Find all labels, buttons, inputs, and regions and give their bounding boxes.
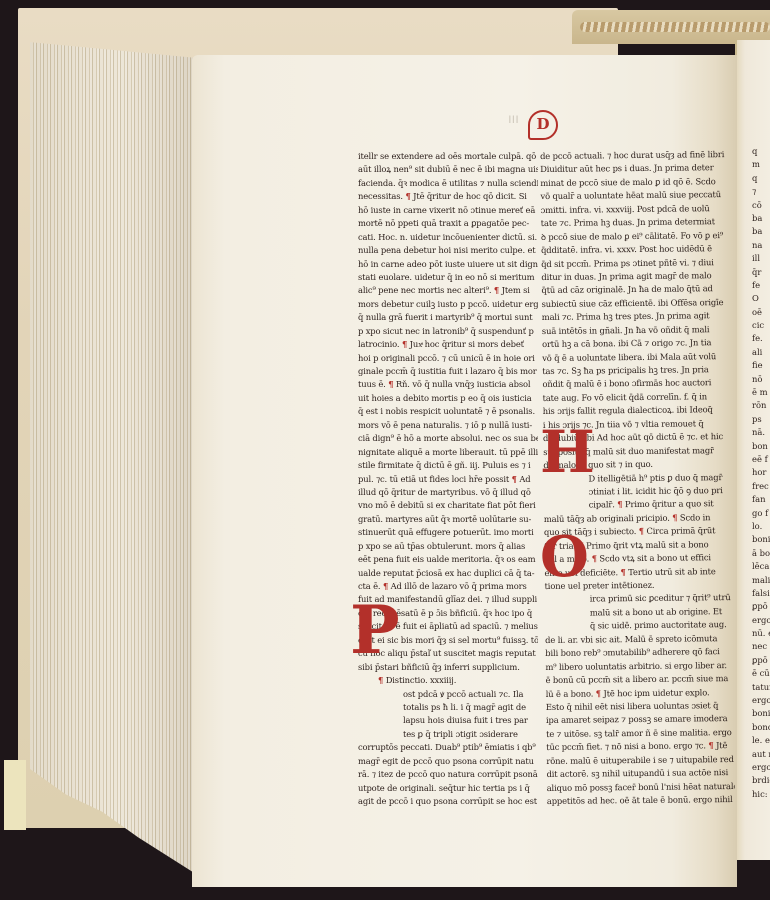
text-line: stati euolare. uidetur q̄ in eo nō si me… bbox=[358, 271, 538, 284]
paragraph-mark: ¶ bbox=[378, 675, 383, 685]
text-line: rā. ⁊ itez de pccō quo natura corrūpit p… bbox=[358, 768, 538, 781]
text-line: stinuerūt quā effugere potuerūt. imo mor… bbox=[358, 526, 538, 539]
text-line: ualde reputat p̄ciosā ex hac duplici cā … bbox=[358, 567, 538, 580]
text-line: tuus ē. ¶ Rň. vō q̄ nulla vnq̄ȝ iusticia… bbox=[358, 378, 538, 391]
facing-text-fragment: ba bbox=[752, 212, 770, 225]
facing-text-fragment: le. erg bbox=[752, 734, 770, 747]
text-line: mortē nō ppeti quā traxit a ꝑpagatōe pec… bbox=[358, 217, 538, 230]
text-line: lapsu hois diuisa fuit i tres par bbox=[358, 714, 538, 727]
facing-text-fragment: lēca bbox=[752, 560, 770, 573]
text-line: nulla pena debetur hoi nisi merito culpe… bbox=[358, 244, 538, 257]
facing-text-fragment: ill bbox=[752, 252, 770, 265]
text-line: p xpo se aū tp̄as obtulerunt. mors q̄ al… bbox=[358, 540, 538, 553]
paragraph-mark: ¶ bbox=[708, 740, 713, 750]
facing-text-fragment: nō bbox=[752, 373, 770, 386]
paragraph-mark: ¶ bbox=[512, 474, 517, 484]
text-line: eēt pena fuit eis ualde meritoria. q̄ꝛ o… bbox=[358, 553, 538, 566]
facing-text-fragment: brdie bbox=[752, 774, 770, 787]
paragraph-mark: ¶ bbox=[405, 191, 410, 201]
facing-text-fragment: boni bbox=[752, 533, 770, 546]
facing-text-fragment: ergo i bbox=[752, 761, 770, 774]
paragraph-mark: ¶ bbox=[596, 688, 601, 698]
facing-text-fragment: hic: fꝫ p bbox=[752, 788, 770, 801]
facing-text-fragment: ē cū c bbox=[752, 667, 770, 680]
text-line: q̄ nulla grā fuerit i martyrib⁹ q̄ mortu… bbox=[358, 311, 538, 324]
text-line: appetitōs ad hec. oē āt tale ē bonū. erg… bbox=[547, 793, 735, 808]
facing-text-fragment: m bbox=[752, 158, 770, 171]
facing-text-fragment: fe bbox=[752, 279, 770, 292]
text-line: ginale pccm̄ q̄ iustitia fuit i lazaro q… bbox=[358, 365, 538, 378]
facing-text-fragment: rōn bbox=[752, 399, 770, 412]
text-line: totalis ps ħ li. i q̄ magr̄ agit de bbox=[358, 701, 538, 714]
facing-text-fragment: aut nō bbox=[752, 748, 770, 761]
facing-text-fragment: q̄r bbox=[752, 266, 770, 279]
text-line: stile firmitate q̄ dictū ē gñ. iij. Pulu… bbox=[358, 459, 538, 472]
facing-text-fragment: bon bbox=[752, 440, 770, 453]
facing-page-text-fragments: qmq⁊cōbabanaillq̄rfeOoēcicfe.alifienōē m… bbox=[752, 145, 770, 801]
paragraph-mark: ¶ bbox=[402, 339, 407, 349]
text-line: itellr se extendere ad oēs mortale culpā… bbox=[358, 150, 538, 163]
text-line: dit actorē. sꝫ nihil uitupandū i sua act… bbox=[546, 766, 734, 781]
initial-letter-h: H bbox=[540, 425, 595, 479]
facing-text-fragment: falsi bbox=[752, 587, 770, 600]
text-line: ciā dign⁹ ē hō a morte absolui. nec os s… bbox=[358, 432, 538, 445]
text-line: pul. ⁊c. tū etiā ut fides loci hr̄e poss… bbox=[358, 473, 538, 486]
text-line: necessitas. ¶ Jtē q̄ritur de hoc qō dici… bbox=[358, 190, 538, 203]
paragraph-mark: ¶ bbox=[388, 379, 393, 389]
facing-text-fragment: fe. bbox=[752, 332, 770, 345]
facing-text-fragment: cic bbox=[752, 319, 770, 332]
folio-letter: D bbox=[528, 110, 558, 140]
facing-text-fragment: ali bbox=[752, 346, 770, 359]
facing-text-fragment: nā. bbox=[752, 426, 770, 439]
page-edges-shade bbox=[30, 25, 210, 880]
text-line: ¶ Distinctio. xxxiiij. bbox=[358, 674, 538, 687]
facing-text-fragment: ergo f bbox=[752, 694, 770, 707]
facing-text-fragment: ps bbox=[752, 413, 770, 426]
facing-text-fragment: fan bbox=[752, 493, 770, 506]
text-line: vno mō ē debitū si ex charitate fiat pōt… bbox=[358, 499, 538, 512]
facing-text-fragment: lo. bbox=[752, 520, 770, 533]
text-line: q̄dditatē. infra. vi. xxxv. Post hoc uid… bbox=[541, 242, 729, 257]
facing-text-fragment: ergo bbox=[752, 614, 770, 627]
text-line: mors vō ē pena naturalis. ⁊ iō p nullā i… bbox=[358, 419, 538, 432]
text-line: cati. Hoc. n. uidetur incōuenienter dict… bbox=[358, 231, 538, 244]
facing-text-fragment: tatur bbox=[752, 681, 770, 694]
paragraph-mark: ¶ bbox=[672, 512, 677, 522]
text-line: nignitate aliquē a morte liberauit. tū p… bbox=[358, 446, 538, 459]
facing-text-fragment: q bbox=[752, 172, 770, 185]
text-line: tes ꝑ q̄ tripli ɔtigit ɔsiderare bbox=[358, 728, 538, 741]
facing-text-fragment: frec bbox=[752, 480, 770, 493]
paragraph-mark: ¶ bbox=[592, 554, 597, 564]
text-line: uit hoies a debito mortis p eo q̄ ois iu… bbox=[358, 392, 538, 405]
text-line: ē bonū cū pccm̄ sit a libero ar. pccm̄ s… bbox=[545, 672, 733, 687]
text-line: magr̄ egit de pccō quo psona corrūpit na… bbox=[358, 755, 538, 768]
paragraph-mark: ¶ bbox=[494, 285, 499, 295]
text-line: alic⁹ pene nec mortis nec alteri⁹. ¶ Jte… bbox=[358, 284, 538, 297]
facing-text-fragment: ꝑpō bbox=[752, 654, 770, 667]
text-line: corruptōs peccati. Duab⁹ ptib⁹ ēmiatis i… bbox=[358, 741, 538, 754]
facing-text-fragment: boni bbox=[752, 707, 770, 720]
paragraph-mark: ¶ bbox=[383, 581, 388, 591]
text-line: hoi p originali pccō. ⁊ cū unicū ē in ho… bbox=[358, 352, 538, 365]
text-line: hō iuste in carne vixerit nō ɔtinue mere… bbox=[358, 204, 538, 217]
text-line: facienda. q̄ꝛ modica ē utilitas ⁊ nulla … bbox=[358, 177, 538, 190]
text-line: utpote de originali. seq̄tur hic tertia … bbox=[358, 782, 538, 795]
facing-text-fragment: oē bbox=[752, 306, 770, 319]
paragraph-mark: ¶ bbox=[639, 526, 644, 536]
facing-text-fragment: cō bbox=[752, 199, 770, 212]
text-line: p xpo sicut nec in latronib⁹ q̄ suspendu… bbox=[358, 325, 538, 338]
facing-text-fragment: hor bbox=[752, 466, 770, 479]
facing-text-fragment: ⁊ bbox=[752, 185, 770, 198]
facing-text-fragment: ā bo bbox=[752, 547, 770, 560]
initial-letter-o: O bbox=[540, 530, 589, 584]
facing-text-fragment: na bbox=[752, 239, 770, 252]
pencil-foliation: ııı bbox=[508, 112, 519, 127]
text-line: gratū. martyres aūt q̄ꝛ mortē uolūtarie … bbox=[358, 513, 538, 526]
text-line: hō in carne adeo pōt iuste uiuere ut sit… bbox=[358, 258, 538, 271]
facing-text-fragment: fie bbox=[752, 359, 770, 372]
facing-text-fragment: eē f bbox=[752, 453, 770, 466]
cover-edge bbox=[4, 760, 26, 830]
facing-text-fragment: go f bbox=[752, 507, 770, 520]
facing-text-fragment: ꝑpō bbox=[752, 600, 770, 613]
facing-text-fragment: nū. er bbox=[752, 627, 770, 640]
facing-text-fragment: mali bbox=[752, 574, 770, 587]
text-line: ost pdcā ꝟ pccō actuali ⁊c. Ila bbox=[358, 688, 538, 701]
paragraph-mark: ¶ bbox=[620, 567, 625, 577]
paragraph-mark: ¶ bbox=[617, 500, 622, 510]
facing-text-fragment: ba bbox=[752, 225, 770, 238]
facing-text-fragment: q bbox=[752, 145, 770, 158]
text-line: q̄ est i nobis respicit uoluntatē ⁊ ē ps… bbox=[358, 405, 538, 418]
initial-letter-p: P bbox=[350, 600, 400, 660]
headband-cord bbox=[580, 22, 770, 32]
facing-text-fragment: nec q bbox=[752, 640, 770, 653]
text-line: latrocinio. ¶ Juxͣ hoc q̄ritur si mors d… bbox=[358, 338, 538, 351]
text-column-left: itellr se extendere ad oēs mortale culpā… bbox=[358, 150, 538, 808]
facing-text-fragment: O bbox=[752, 292, 770, 305]
text-line: aūt illoꝝ nen⁹ sit dubiū ē nec ē ibi mag… bbox=[358, 163, 538, 176]
text-line: mors debetur cuilꝫ iusto p pccō. uidetur… bbox=[358, 298, 538, 311]
facing-text-fragment: ē m bbox=[752, 386, 770, 399]
text-line: ortū hꝫ a cā bona. ibi Cā ⁊ origo ⁊c. Jn… bbox=[542, 336, 730, 351]
text-line: illud qō q̄ritur de martyribus. vō q̄ il… bbox=[358, 486, 538, 499]
text-line: agit de pccō i quo psona corrūpit se hoc… bbox=[358, 795, 538, 808]
facing-text-fragment: bono bbox=[752, 721, 770, 734]
